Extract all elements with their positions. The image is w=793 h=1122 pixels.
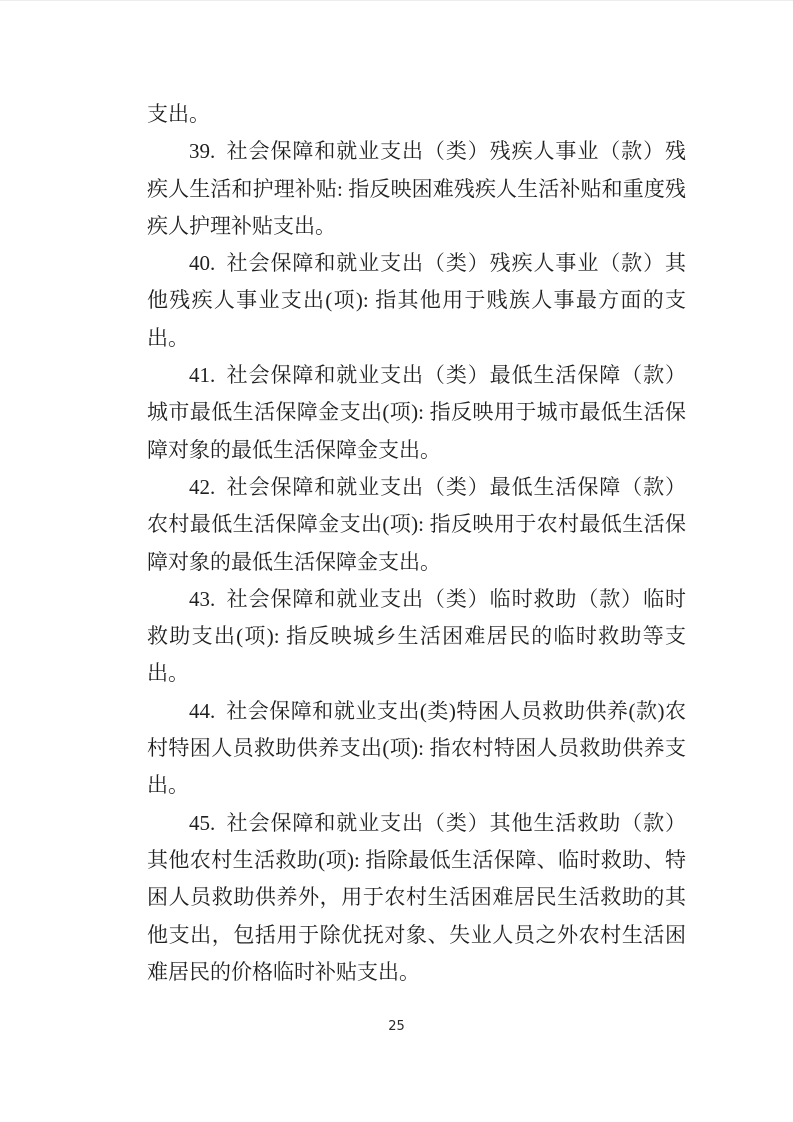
paragraph-item-44: 44. 社会保障和就业支出(类)特困人员救助供养(款)农村特困人员救助供养支出(… — [147, 693, 686, 805]
paragraph-item-45: 45. 社会保障和就业支出（类）其他生活救助（款）其他农村生活救助(项): 指除… — [147, 805, 686, 991]
document-text-block: 支出。 39. 社会保障和就业支出（类）残疾人事业（款）残疾人生活和护理补贴: … — [147, 96, 686, 991]
paragraph-item-39: 39. 社会保障和就业支出（类）残疾人事业（款）残疾人生活和护理补贴: 指反映困… — [147, 133, 686, 245]
paragraph-item-42: 42. 社会保障和就业支出（类）最低生活保障（款）农村最低生活保障金支出(项):… — [147, 469, 686, 581]
paragraph-item-40: 40. 社会保障和就业支出（类）残疾人事业（款）其他残疾人事业支出(项): 指其… — [147, 245, 686, 357]
document-page: 支出。 39. 社会保障和就业支出（类）残疾人事业（款）残疾人生活和护理补贴: … — [0, 0, 793, 1122]
paragraph-item-43: 43. 社会保障和就业支出（类）临时救助（款）临时救助支出(项): 指反映城乡生… — [147, 581, 686, 693]
page-number: 25 — [0, 1019, 793, 1034]
paragraph-item-41: 41. 社会保障和就业支出（类）最低生活保障（款）城市最低生活保障金支出(项):… — [147, 357, 686, 469]
paragraph-continuation: 支出。 — [147, 96, 686, 133]
